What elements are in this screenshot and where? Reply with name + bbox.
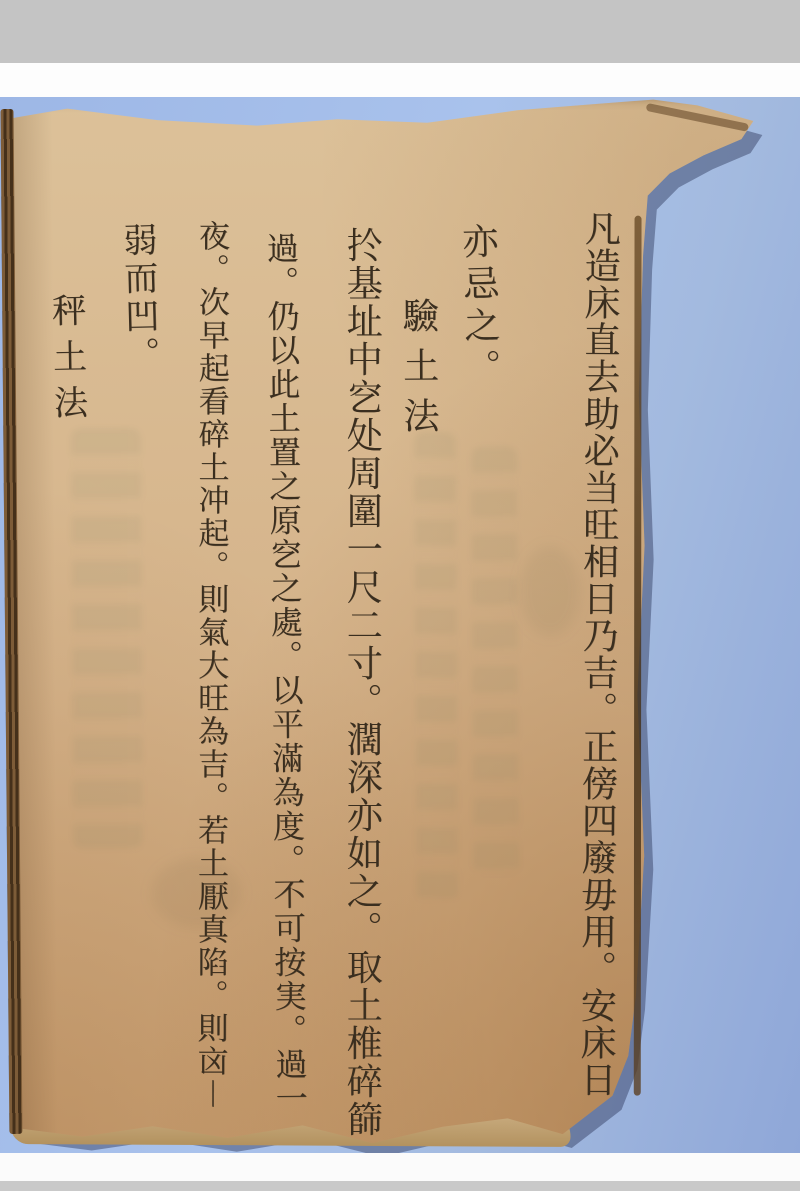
page-right-edge xyxy=(634,216,642,1096)
text-column-4: 扵基址中穵处周圍一尺二寸。濶深亦如之。取土椎碎篩 xyxy=(336,226,387,1138)
section-title-yan-tu-fa: 驗土法 xyxy=(392,297,444,447)
paper-stain xyxy=(520,546,580,636)
bottom-gray-band xyxy=(0,1181,800,1191)
text-column-7: 弱而凹。 xyxy=(112,222,165,375)
section-title-cheng-tu-fa: 秤土法 xyxy=(41,292,93,431)
text-column-6: 夜。次早起看碎土冲起。則氣大旺為吉。若土厭真陷。則㐫︱ xyxy=(187,220,234,1111)
bleed-through-marks xyxy=(414,432,458,902)
text-column-2: 亦忌之。 xyxy=(451,222,506,391)
text-column-1: 凡造床直去助必当旺相日乃吉。正傍四廢毋用。安床日 xyxy=(570,210,626,1098)
text-column-5: 過。仍以此土置之原穵之處。以平滿為度。不可按実。過一 xyxy=(258,231,313,1115)
bottom-white-strip xyxy=(0,1153,800,1181)
bleed-through-marks xyxy=(471,446,519,876)
bleed-through-marks xyxy=(71,428,143,848)
top-gray-band xyxy=(0,0,800,63)
manuscript-page: 凡造床直去助必当旺相日乃吉。正傍四廢毋用。安床日 亦忌之。 驗土法 扵基址中穵处… xyxy=(0,95,771,1161)
manuscript-photo: 凡造床直去助必当旺相日乃吉。正傍四廢毋用。安床日 亦忌之。 驗土法 扵基址中穵处… xyxy=(0,95,771,1161)
top-white-strip xyxy=(0,63,800,97)
